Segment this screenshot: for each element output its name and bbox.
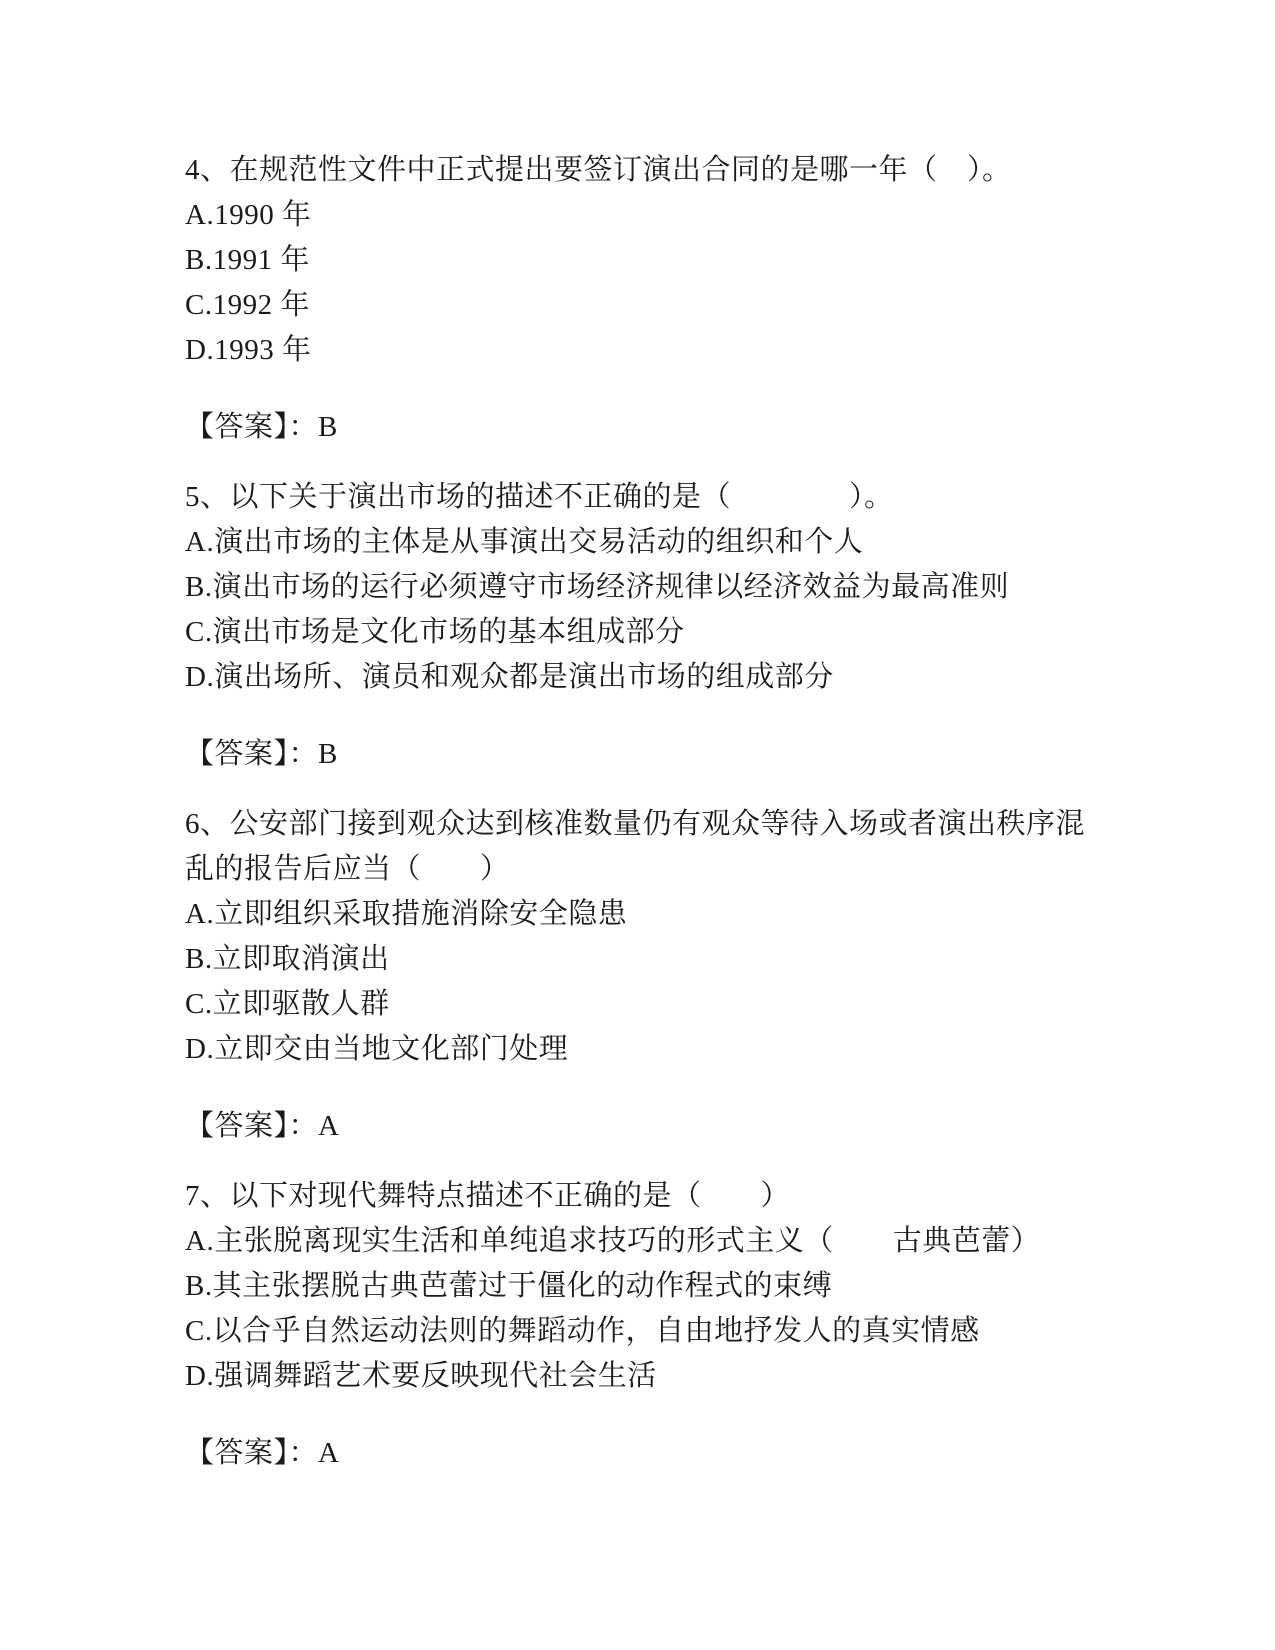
- option-b: B.其主张摆脱古典芭蕾过于僵化的动作程式的束缚: [185, 1264, 1205, 1309]
- option-b: B.1991 年: [185, 238, 1205, 283]
- question-title-line-1: 6、公安部门接到观众达到核准数量仍有观众等待入场或者演出秩序混: [185, 802, 1205, 847]
- option-b: B.演出市场的运行必须遵守市场经济规律以经济效益为最高准则: [185, 565, 1205, 610]
- answer-label: 【答案】：B: [185, 405, 1205, 450]
- question-title: 7、以下对现代舞特点描述不正确的是（ ）: [185, 1174, 1205, 1219]
- option-a: A.1990 年: [185, 193, 1205, 238]
- option-d: D.1993 年: [185, 328, 1205, 373]
- option-d: D.立即交由当地文化部门处理: [185, 1027, 1205, 1072]
- question-title: 4、在规范性文件中正式提出要签订演出合同的是哪一年（ ）。: [185, 148, 1205, 193]
- question-5: 5、以下关于演出市场的描述不正确的是（ ）。 A.演出市场的主体是从事演出交易活…: [185, 475, 1205, 777]
- question-title-line-2: 乱的报告后应当（ ）: [185, 847, 1205, 892]
- answer-label: 【答案】：A: [185, 1431, 1205, 1476]
- document-page: 4、在规范性文件中正式提出要签订演出合同的是哪一年（ ）。 A.1990 年 B…: [0, 0, 1275, 1650]
- option-d: D.演出场所、演员和观众都是演出市场的组成部分: [185, 655, 1205, 700]
- answer-label: 【答案】：B: [185, 732, 1205, 777]
- option-c: C.1992 年: [185, 283, 1205, 328]
- option-a: A.演出市场的主体是从事演出交易活动的组织和个人: [185, 520, 1205, 565]
- option-a: A.立即组织采取措施消除安全隐患: [185, 892, 1205, 937]
- option-b: B.立即取消演出: [185, 937, 1205, 982]
- option-c: C.以合乎自然运动法则的舞蹈动作，自由地抒发人的真实情感: [185, 1309, 1205, 1354]
- option-a: A.主张脱离现实生活和单纯追求技巧的形式主义（ 古典芭蕾）: [185, 1219, 1205, 1264]
- question-7: 7、以下对现代舞特点描述不正确的是（ ） A.主张脱离现实生活和单纯追求技巧的形…: [185, 1174, 1205, 1476]
- option-c: C.立即驱散人群: [185, 982, 1205, 1027]
- answer-label: 【答案】：A: [185, 1104, 1205, 1149]
- question-6: 6、公安部门接到观众达到核准数量仍有观众等待入场或者演出秩序混 乱的报告后应当（…: [185, 802, 1205, 1149]
- option-d: D.强调舞蹈艺术要反映现代社会生活: [185, 1354, 1205, 1399]
- question-4: 4、在规范性文件中正式提出要签订演出合同的是哪一年（ ）。 A.1990 年 B…: [185, 148, 1205, 450]
- option-c: C.演出市场是文化市场的基本组成部分: [185, 610, 1205, 655]
- question-title: 5、以下关于演出市场的描述不正确的是（ ）。: [185, 475, 1205, 520]
